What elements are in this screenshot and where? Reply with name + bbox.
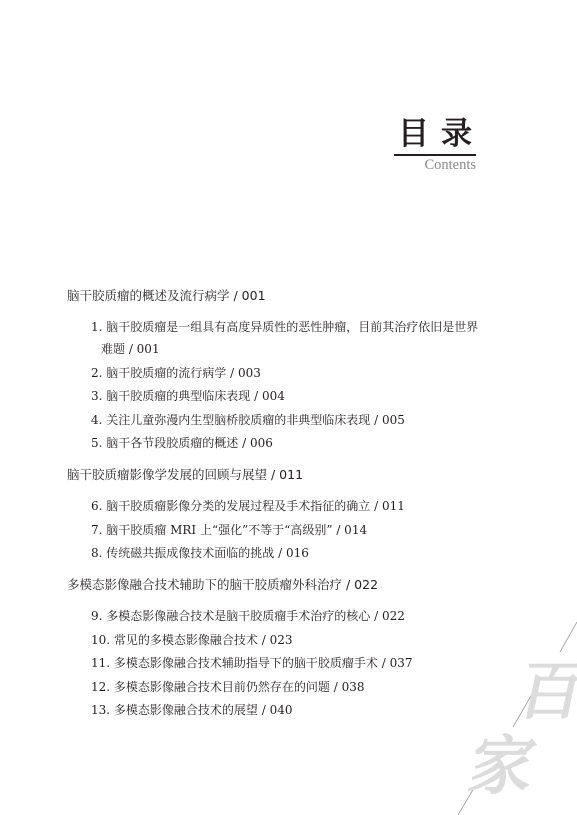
toc-entry[interactable]: 13. 多模态影像融合技术的展望 / 040 xyxy=(91,699,487,721)
entry-title: 多模态影像融合技术的展望 / 040 xyxy=(114,703,293,717)
entry-title: 脑干胶质瘤是一组具有高度异质性的恶性肿瘤，目前其治疗依旧是世界难题 / 001 xyxy=(101,320,478,356)
entry-number: 4. xyxy=(91,413,102,427)
entry-title: 多模态影像融合技术目前仍然存在的问题 / 038 xyxy=(114,680,365,694)
entry-title: 脑干胶质瘤的流行病学 / 003 xyxy=(106,366,261,380)
entry-number: 6. xyxy=(91,499,102,513)
toc-entry[interactable]: 11. 多模态影像融合技术辅助指导下的脑干胶质瘤手术 / 037 xyxy=(91,652,487,674)
section-heading[interactable]: 脑干胶质瘤影像学发展的回顾与展望 / 011 xyxy=(67,466,487,484)
entry-title: 多模态影像融合技术是脑干胶质瘤手术治疗的核心 / 022 xyxy=(106,609,405,623)
entry-number: 12. xyxy=(91,680,110,694)
entry-title: 脑干各节段胶质瘤的概述 / 006 xyxy=(106,436,273,450)
entry-number: 8. xyxy=(91,546,102,560)
entry-title: 传统磁共振成像技术面临的挑战 / 016 xyxy=(106,546,309,560)
toc-section: 多模态影像融合技术辅助下的脑干胶质瘤外科治疗 / 022 9. 多模态影像融合技… xyxy=(67,576,487,721)
toc-entry[interactable]: 1. 脑干胶质瘤是一组具有高度异质性的恶性肿瘤，目前其治疗依旧是世界难题 / 0… xyxy=(91,316,486,360)
page-title: 目录 xyxy=(394,116,484,152)
toc-entry[interactable]: 3. 脑干胶质瘤的典型临床表现 / 004 xyxy=(91,385,487,407)
entry-number: 10. xyxy=(91,633,110,647)
toc-entry[interactable]: 5. 脑干各节段胶质瘤的概述 / 006 xyxy=(91,432,487,454)
entry-number: 5. xyxy=(91,436,102,450)
entry-number: 3. xyxy=(91,389,102,403)
toc-entry[interactable]: 10. 常见的多模态影像融合技术 / 023 xyxy=(91,629,487,651)
entry-title: 脑干胶质瘤的典型临床表现 / 004 xyxy=(106,389,285,403)
entry-number: 13. xyxy=(91,703,110,717)
entry-number: 11. xyxy=(91,656,110,670)
toc-title-block: 目录 Contents xyxy=(394,116,476,173)
toc-entry[interactable]: 6. 脑干胶质瘤影像分类的发展过程及手术指征的确立 / 011 xyxy=(91,495,487,517)
section-heading[interactable]: 多模态影像融合技术辅助下的脑干胶质瘤外科治疗 / 022 xyxy=(67,576,487,594)
table-of-contents: 脑干胶质瘤的概述及流行病学 / 001 1. 脑干胶质瘤是一组具有高度异质性的恶… xyxy=(67,287,487,733)
page-subtitle: Contents xyxy=(394,157,476,173)
toc-entry[interactable]: 4. 关注儿童弥漫内生型脑桥胶质瘤的非典型临床表现 / 005 xyxy=(91,409,487,431)
entry-title: 多模态影像融合技术辅助指导下的脑干胶质瘤手术 / 037 xyxy=(114,656,413,670)
watermark-char: 家 xyxy=(463,735,541,799)
toc-entry[interactable]: 9. 多模态影像融合技术是脑干胶质瘤手术治疗的核心 / 022 xyxy=(91,605,487,627)
toc-entry[interactable]: 7. 脑干胶质瘤 MRI 上“强化”不等于“高级别” / 014 xyxy=(91,519,487,541)
entry-title: 脑干胶质瘤影像分类的发展过程及手术指征的确立 / 011 xyxy=(106,499,405,513)
toc-entry[interactable]: 2. 脑干胶质瘤的流行病学 / 003 xyxy=(91,362,487,384)
toc-entry[interactable]: 12. 多模态影像融合技术目前仍然存在的问题 / 038 xyxy=(91,676,487,698)
toc-section: 脑干胶质瘤影像学发展的回顾与展望 / 011 6. 脑干胶质瘤影像分类的发展过程… xyxy=(67,466,487,564)
toc-section: 脑干胶质瘤的概述及流行病学 / 001 1. 脑干胶质瘤是一组具有高度异质性的恶… xyxy=(67,287,487,454)
entry-number: 9. xyxy=(91,609,102,623)
entry-number: 1. xyxy=(91,320,102,334)
entry-number: 2. xyxy=(91,366,102,380)
toc-entry[interactable]: 8. 传统磁共振成像技术面临的挑战 / 016 xyxy=(91,542,487,564)
title-divider xyxy=(394,154,476,156)
entry-title: 关注儿童弥漫内生型脑桥胶质瘤的非典型临床表现 / 005 xyxy=(106,413,405,427)
entry-title: 常见的多模态影像融合技术 / 023 xyxy=(114,633,293,647)
watermark-char: 百 xyxy=(513,660,577,724)
entry-title: 脑干胶质瘤 MRI 上“强化”不等于“高级别” / 014 xyxy=(106,523,367,537)
entry-number: 7. xyxy=(91,523,102,537)
section-heading[interactable]: 脑干胶质瘤的概述及流行病学 / 001 xyxy=(67,287,487,305)
